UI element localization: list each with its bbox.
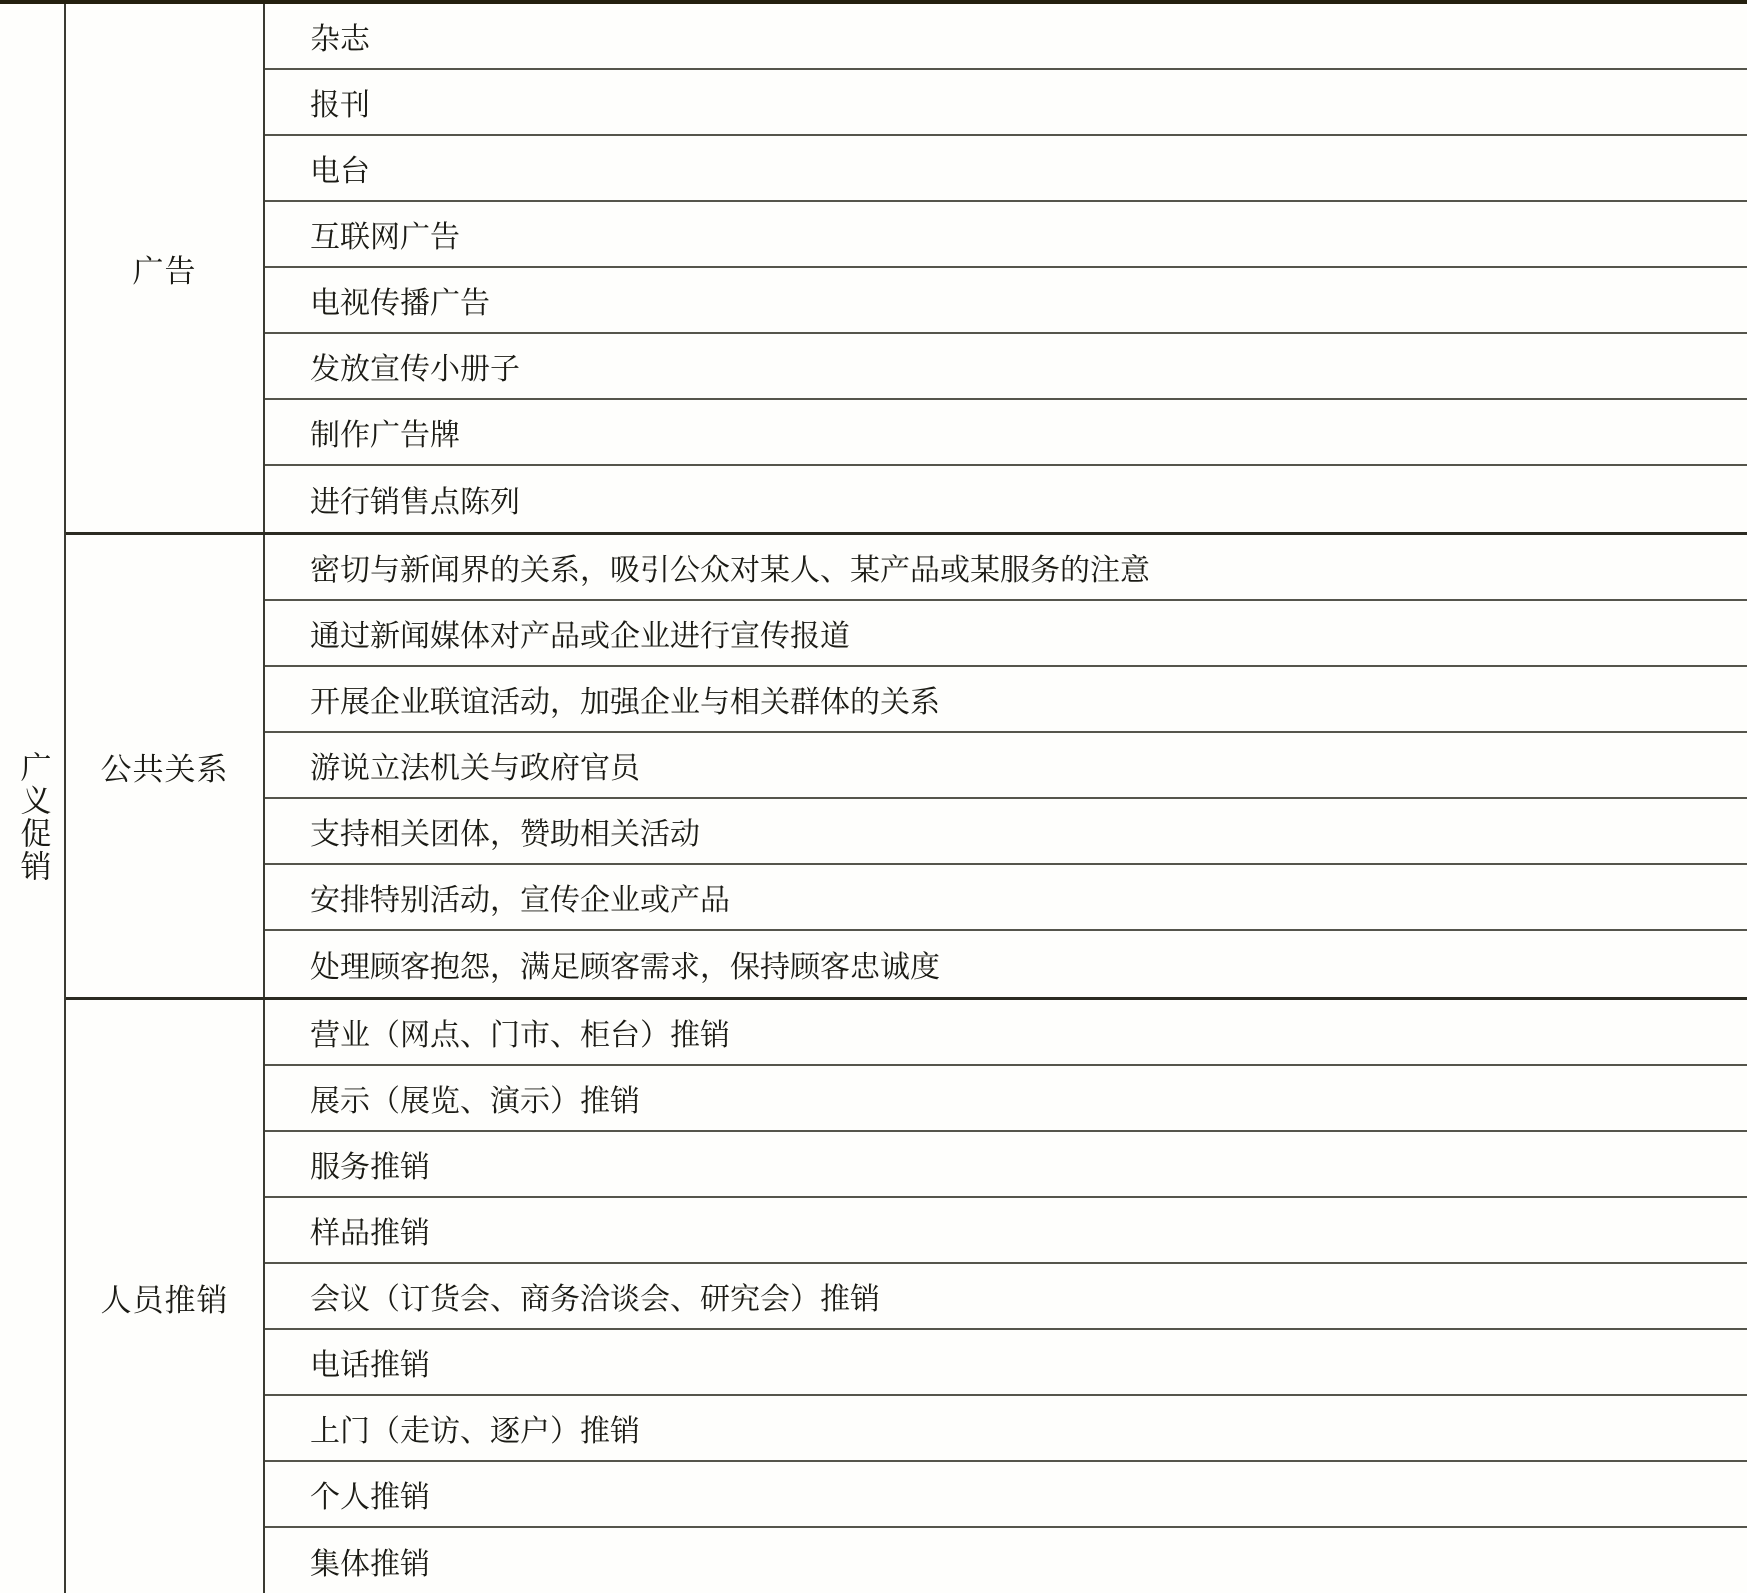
table-row: 处理顾客抱怨，满足顾客需求，保持顾客忠诚度 bbox=[265, 931, 1747, 997]
table-row: 个人推销 bbox=[265, 1462, 1747, 1528]
group-items: 密切与新闻界的关系，吸引公众对某人、某产品或某服务的注意 通过新闻媒体对产品或企… bbox=[265, 535, 1747, 997]
table-row: 样品推销 bbox=[265, 1198, 1747, 1264]
promotion-table: 广义促销 广告 杂志 报刊 电台 互联网广告 电视传播广告 发放宣传小册子 制作… bbox=[0, 0, 1747, 1593]
table-row: 营业（网点、门市、柜台）推销 bbox=[265, 1000, 1747, 1066]
table-row: 支持相关团体，赞助相关活动 bbox=[265, 799, 1747, 865]
group-items: 营业（网点、门市、柜台）推销 展示（展览、演示）推销 服务推销 样品推销 会议（… bbox=[265, 1000, 1747, 1593]
table-row: 通过新闻媒体对产品或企业进行宣传报道 bbox=[265, 601, 1747, 667]
main-category-cell: 广义促销 bbox=[0, 4, 66, 1593]
table-row: 电视传播广告 bbox=[265, 268, 1747, 334]
table-row: 制作广告牌 bbox=[265, 400, 1747, 466]
table-row: 展示（展览、演示）推销 bbox=[265, 1066, 1747, 1132]
main-category-label: 广义促销 bbox=[17, 751, 48, 883]
table-row: 游说立法机关与政府官员 bbox=[265, 733, 1747, 799]
group-label: 人员推销 bbox=[66, 1000, 265, 1593]
group-advertising: 广告 杂志 报刊 电台 互联网广告 电视传播广告 发放宣传小册子 制作广告牌 进… bbox=[66, 4, 1747, 535]
group-items: 杂志 报刊 电台 互联网广告 电视传播广告 发放宣传小册子 制作广告牌 进行销售… bbox=[265, 4, 1747, 532]
table-row: 进行销售点陈列 bbox=[265, 466, 1747, 532]
table-row: 开展企业联谊活动，加强企业与相关群体的关系 bbox=[265, 667, 1747, 733]
table-row: 密切与新闻界的关系，吸引公众对某人、某产品或某服务的注意 bbox=[265, 535, 1747, 601]
table-row: 上门（走访、逐户）推销 bbox=[265, 1396, 1747, 1462]
table-row: 杂志 bbox=[265, 4, 1747, 70]
table-row: 安排特别活动，宣传企业或产品 bbox=[265, 865, 1747, 931]
table-row: 服务推销 bbox=[265, 1132, 1747, 1198]
table-row: 电台 bbox=[265, 136, 1747, 202]
table-row: 报刊 bbox=[265, 70, 1747, 136]
table-row: 发放宣传小册子 bbox=[265, 334, 1747, 400]
group-label: 公共关系 bbox=[66, 535, 265, 997]
table-row: 电话推销 bbox=[265, 1330, 1747, 1396]
table-row: 会议（订货会、商务洽谈会、研究会）推销 bbox=[265, 1264, 1747, 1330]
group-label: 广告 bbox=[66, 4, 265, 532]
table-row: 集体推销 bbox=[265, 1528, 1747, 1593]
table-row: 互联网广告 bbox=[265, 202, 1747, 268]
group-public-relations: 公共关系 密切与新闻界的关系，吸引公众对某人、某产品或某服务的注意 通过新闻媒体… bbox=[66, 535, 1747, 1000]
group-personal-selling: 人员推销 营业（网点、门市、柜台）推销 展示（展览、演示）推销 服务推销 样品推… bbox=[66, 1000, 1747, 1593]
